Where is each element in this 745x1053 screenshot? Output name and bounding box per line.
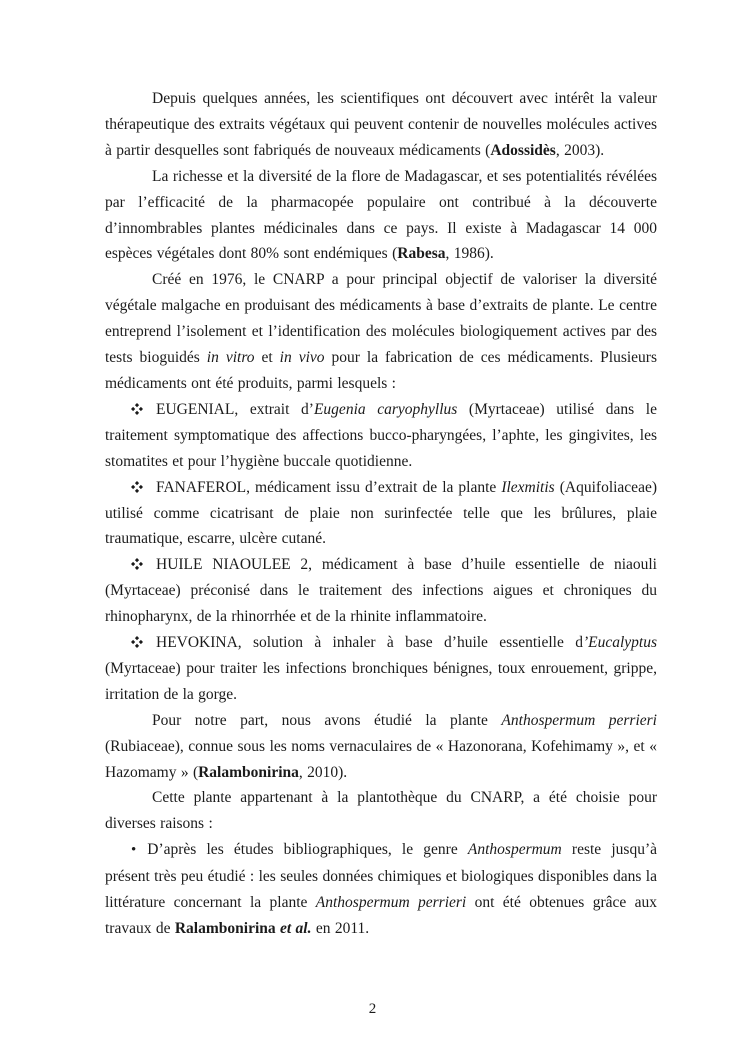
text-run: Ilexmitis [501,479,554,496]
text-run: , 2003). [556,142,604,159]
paragraph: La richesse et la diversité de la flore … [105,164,657,268]
dot-bullet-icon: • [131,838,147,864]
paragraph: Depuis quelques années, les scientifique… [105,86,657,164]
list-item: FANAFEROL, médicament issu d’extrait de … [105,475,657,553]
paragraph: Créé en 1976, le CNARP a pour principal … [105,267,657,397]
text-run: in vivo [280,349,325,366]
text-run: en 2011. [312,920,370,937]
text-run: Anthospermum [468,841,562,858]
text-run: Ralambonirina [175,920,276,937]
text-run: Adossidès [490,142,555,159]
text-run: ’Eucalyptus [583,634,657,651]
text-run: Rabesa [397,245,445,262]
paragraph: Cette plante appartenant à la plantothèq… [105,785,657,837]
text-run: D’après les études bibliographiques, le … [147,841,468,858]
text-run: HEVOKINA, solution à inhaler à base d’hu… [156,634,583,651]
text-run: , 1986). [445,245,493,262]
list-item: HUILE NIAOULEE 2, médicament à base d’hu… [105,552,657,630]
diamond-bullet-icon [131,552,156,578]
text-run: HUILE NIAOULEE 2, médicament à base d’hu… [105,556,657,625]
text-run: et [255,349,280,366]
text-run: (Rubiaceae), connue sous les noms vernac… [105,738,657,781]
text-run: Eugenia caryophyllus [314,401,457,418]
diamond-bullet-icon [131,475,156,501]
paragraph: Pour notre part, nous avons étudié la pl… [105,708,657,786]
text-run: Cette plante appartenant à la plantothèq… [105,789,657,832]
text-run: Ralambonirina [198,764,299,781]
text-run: , 2010). [299,764,347,781]
text-run: Pour notre part, nous avons étudié la pl… [152,712,501,729]
list-item: EUGENIAL, extrait d’Eugenia caryophyllus… [105,397,657,475]
text-run: La richesse et la diversité de la flore … [105,168,657,263]
text-run: Anthospermum perrieri [316,894,466,911]
diamond-bullet-icon [131,630,156,656]
diamond-bullet-icon [131,397,156,423]
text-run: in vitro [207,349,255,366]
text-run: EUGENIAL, extrait d’ [156,401,314,418]
list-item: HEVOKINA, solution à inhaler à base d’hu… [105,630,657,708]
text-run: FANAFEROL, médicament issu d’extrait de … [156,479,501,496]
document-page: Depuis quelques années, les scientifique… [0,0,745,1053]
text-run: Anthospermum perrieri [501,712,657,729]
text-run: et al. [280,920,312,937]
text-run: (Myrtaceae) pour traiter les infections … [105,660,657,703]
page-number: 2 [0,1001,745,1018]
document-body: Depuis quelques années, les scientifique… [105,86,657,942]
list-item: •D’après les études bibliographiques, le… [105,837,657,942]
